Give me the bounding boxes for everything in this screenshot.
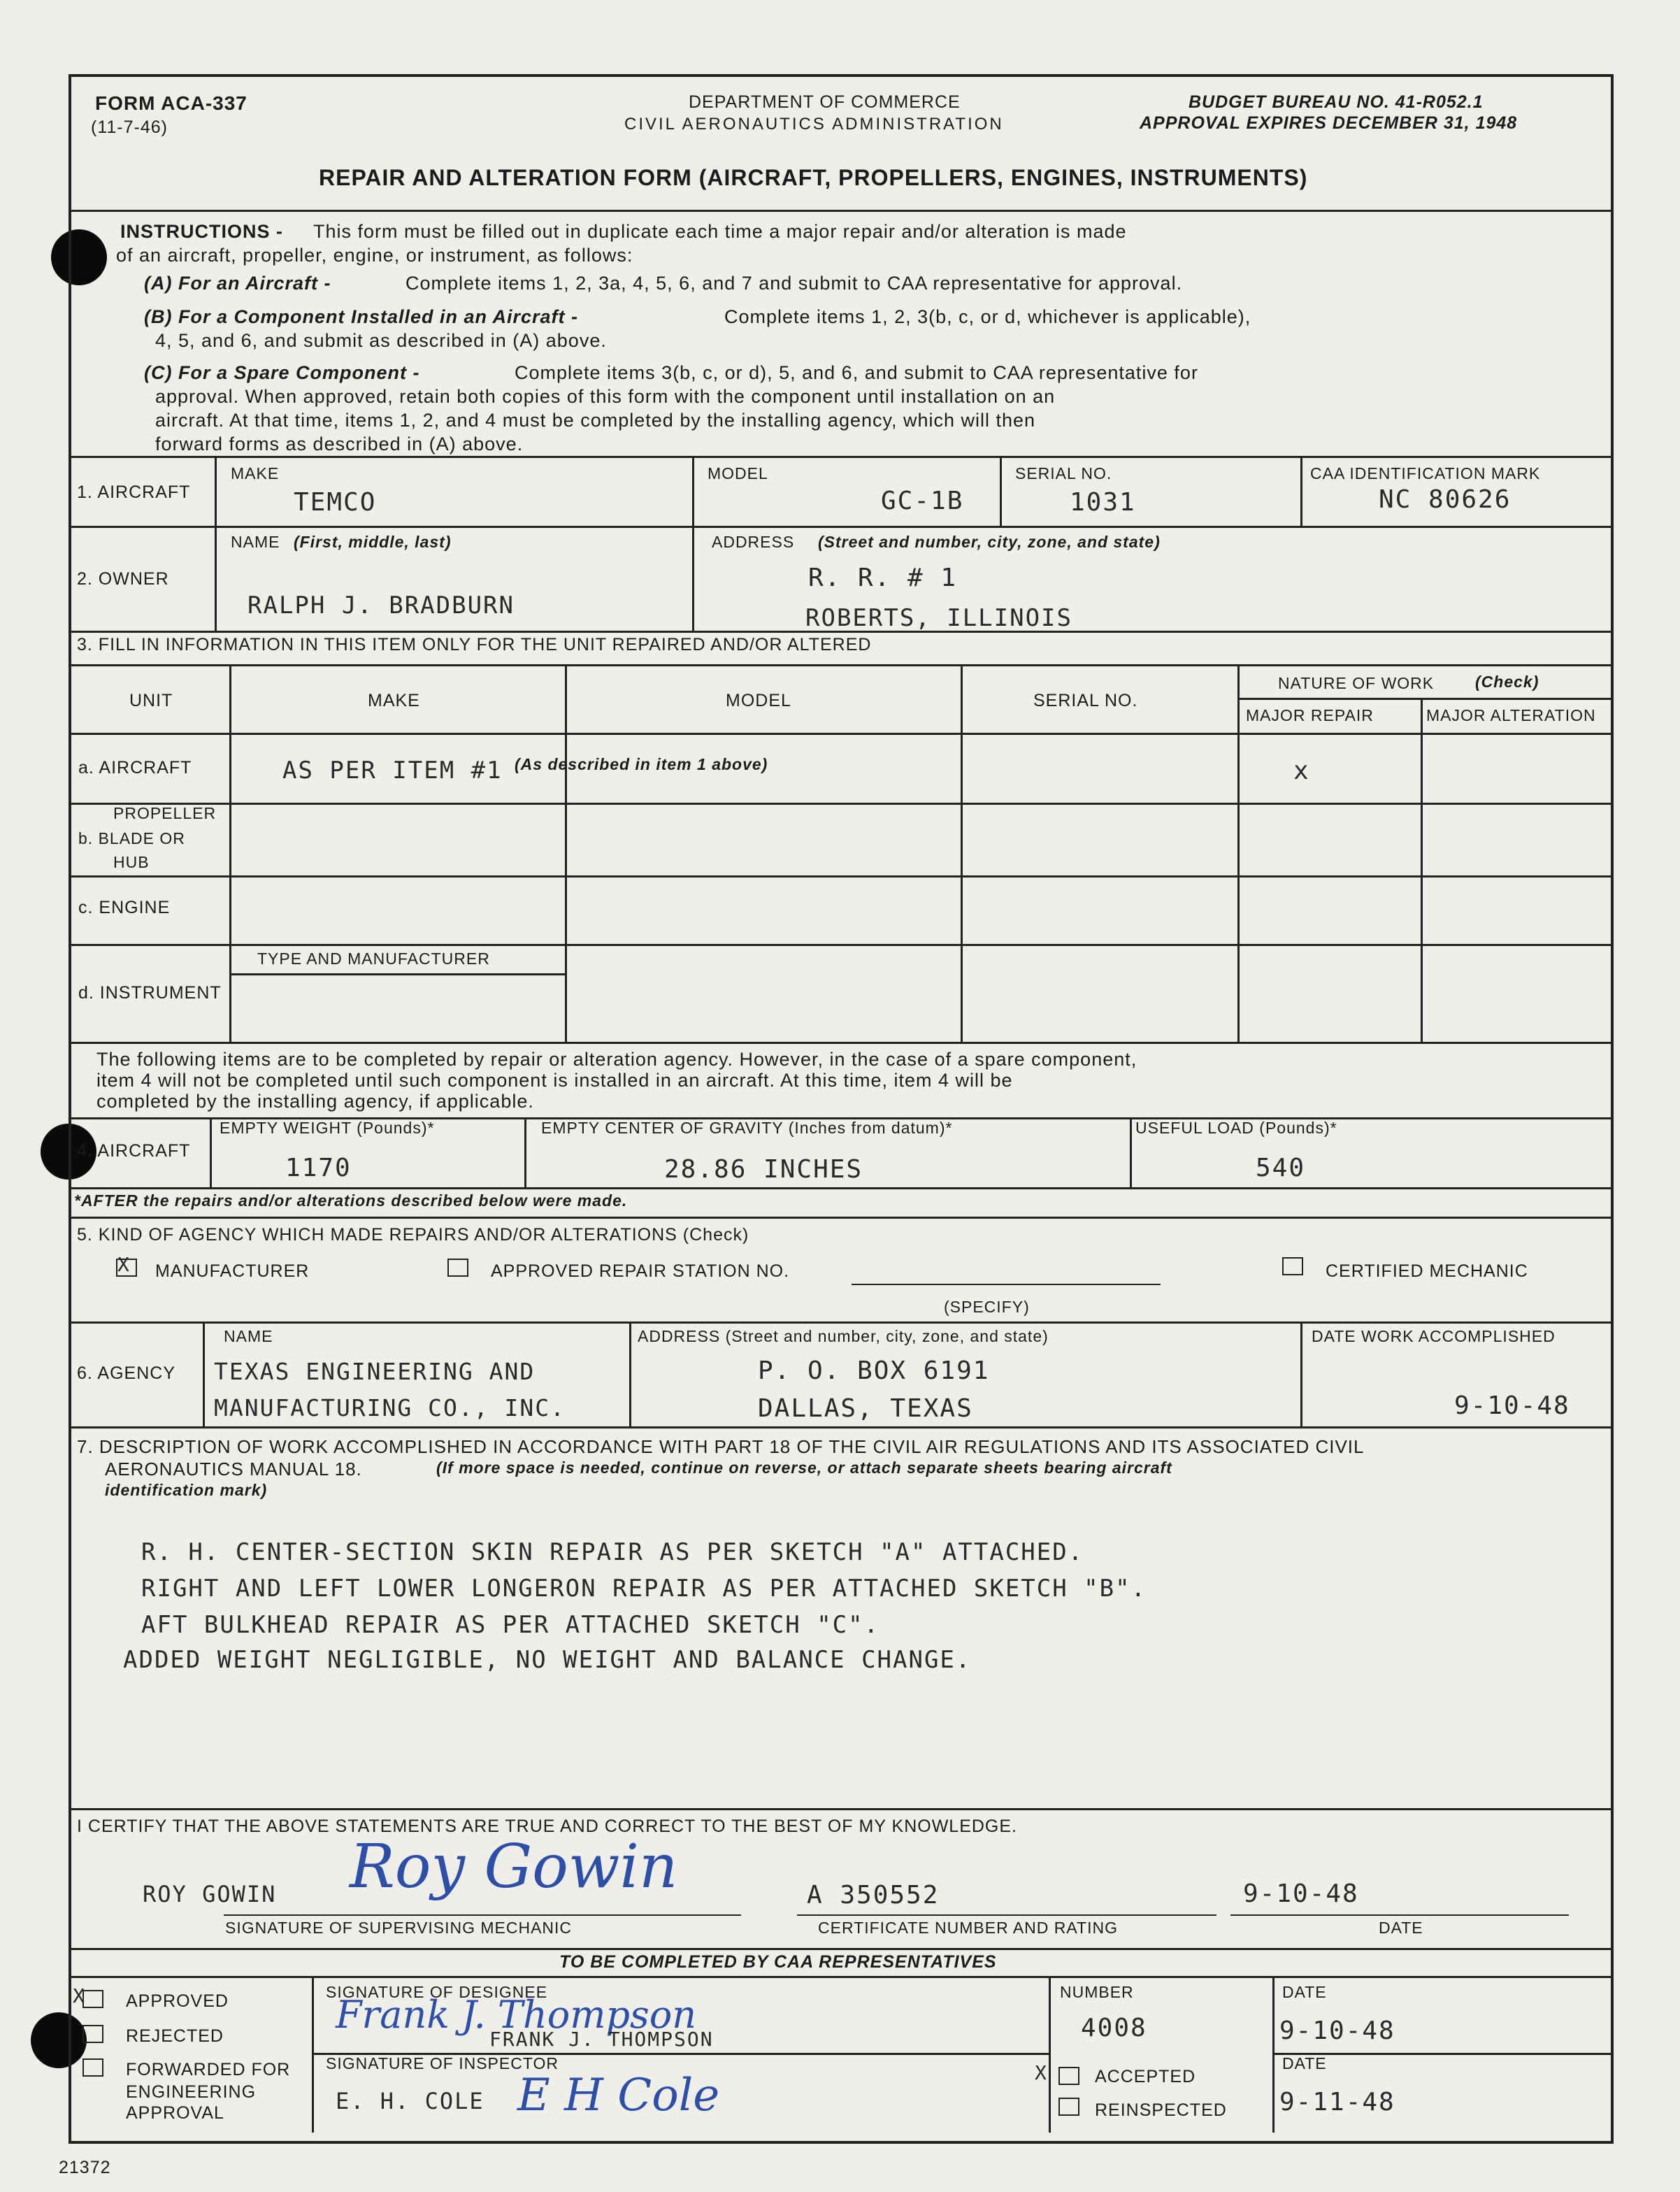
item7-hint: (If more space is needed, continue on re… [436,1459,1172,1477]
item7-label: AERONAUTICS MANUAL 18. [105,1459,362,1480]
repair-station-option: APPROVED REPAIR STATION NO. [491,1261,789,1282]
owner-name-label: NAME [231,533,280,552]
certification-date: 9-10-48 [1243,1879,1359,1908]
document-number: 21372 [59,2158,111,2178]
owner-address-hint: (Street and number, city, zone, and stat… [818,533,1161,552]
aircraft-make: TEMCO [294,488,376,517]
col-serial: SERIAL NO. [1033,691,1137,711]
certified-mechanic-option: CERTIFIED MECHANIC [1326,1261,1528,1282]
agency-name-label: NAME [224,1327,273,1346]
col-unit: UNIT [129,691,173,711]
approval-date: 9-10-48 [1279,2017,1395,2045]
agency-name-line2: MANUFACTURING CO., INC. [214,1394,566,1421]
empty-center-of-gravity: 28.86 INCHES [664,1155,863,1184]
cg-label: EMPTY CENTER OF GRAVITY (Inches from dat… [541,1119,952,1138]
forwarded-option: FORWARDED FOR [126,2060,290,2080]
inspector-name: E. H. COLE [336,2088,484,2114]
work-description-line: RIGHT AND LEFT LOWER LONGERON REPAIR AS … [141,1575,1147,1603]
mechanic-name: ROY GOWIN [143,1881,276,1907]
item1-label: 1. AIRCRAFT [77,482,190,503]
agency-note: The following items are to be completed … [96,1049,1137,1070]
date-label: DATE [1282,1983,1327,2002]
col-nature-of-work: NATURE OF WORK [1278,674,1434,693]
model-label: MODEL [708,464,768,483]
col-major-repair: MAJOR REPAIR [1246,706,1374,725]
designee-number: 4008 [1081,2014,1147,2042]
unit-aircraft-make: AS PER ITEM #1 [282,757,503,785]
instruction-b-text: Complete items 1, 2, 3(b, c, or d, which… [724,306,1251,328]
aircraft-model: GC-1B [881,487,963,515]
empty-weight: 1170 [285,1154,352,1182]
work-description-line: R. H. CENTER-SECTION SKIN REPAIR AS PER … [141,1538,1084,1566]
date-label: DATE [1282,2054,1327,2073]
date-work-label: DATE WORK ACCOMPLISHED [1312,1327,1556,1346]
manufacturer-option: MANUFACTURER [155,1261,309,1282]
certified-mechanic-checkbox[interactable] [1282,1257,1303,1275]
reinspected-option: REINSPECTED [1095,2100,1227,2121]
instructions-text: This form must be filled out in duplicat… [313,221,1127,243]
instruction-c-text: aircraft. At that time, items 1, 2, and … [155,410,1035,431]
make-label: MAKE [231,464,279,483]
instruction-c-text: Complete items 3(b, c, or d), 5, and 6, … [515,362,1198,384]
owner-address-line2: ROBERTS, ILLINOIS [805,604,1072,632]
forwarded-option: ENGINEERING [126,2082,256,2103]
rejected-checkbox[interactable] [82,2025,103,2043]
instruction-b-text: 4, 5, and 6, and submit as described in … [155,330,607,352]
item6-label: 6. AGENCY [77,1363,175,1384]
instruction-b-label: (B) For a Component Installed in an Airc… [144,306,578,328]
form-number: FORM ACA-337 [95,92,247,115]
designee-name: FRANK J. THOMPSON [489,2028,714,2051]
manufacturer-check-mark: X [117,1253,131,1276]
approval-expires: APPROVAL EXPIRES DECEMBER 31, 1948 [1140,113,1517,134]
aircraft-serial: 1031 [1070,488,1136,517]
accepted-checkbox[interactable] [1058,2067,1079,2085]
work-description-line: ADDED WEIGHT NEGLIGIBLE, NO WEIGHT AND B… [123,1646,971,1674]
forwarded-option: APPROVAL [126,2103,224,2123]
type-manufacturer-label: TYPE AND MANUFACTURER [257,950,490,968]
col-major-alteration: MAJOR ALTERATION [1426,706,1596,725]
reinspected-checkbox[interactable] [1058,2098,1079,2116]
agency-address-line1: P. O. BOX 6191 [758,1356,989,1385]
agency-name-line1: TEXAS ENGINEERING AND [214,1358,535,1385]
empty-weight-label: EMPTY WEIGHT (Pounds)* [220,1119,434,1138]
signature-label: SIGNATURE OF SUPERVISING MECHANIC [225,1919,572,1937]
caa-identification-mark: NC 80626 [1379,485,1511,514]
unit-engine: c. ENGINE [78,898,170,918]
repair-station-checkbox[interactable] [447,1259,468,1277]
item7-label: 7. DESCRIPTION OF WORK ACCOMPLISHED IN A… [77,1436,1364,1458]
administration-name: CIVIL AERONAUTICS ADMINISTRATION [624,115,1004,134]
instruction-a-label: (A) For an Aircraft - [144,273,331,294]
unit-aircraft-hint: (As described in item 1 above) [515,755,768,774]
caa-heading: TO BE COMPLETED BY CAA REPRESENTATIVES [559,1952,997,1972]
owner-address-label: ADDRESS [712,533,794,552]
approved-option: APPROVED [126,1991,229,2012]
mechanic-signature: Roy Gowin [350,1832,677,1902]
number-label: NUMBER [1060,1983,1134,2002]
inspector-signature: E H Cole [517,2070,719,2121]
major-repair-check: x [1293,757,1310,785]
unit-propeller: PROPELLER [113,804,216,823]
budget-bureau: BUDGET BUREAU NO. 41-R052.1 [1189,92,1484,113]
unit-propeller: b. BLADE OR [78,829,185,848]
item5-label: 5. KIND OF AGENCY WHICH MADE REPAIRS AND… [77,1225,749,1245]
department-name: DEPARTMENT OF COMMERCE [689,92,961,113]
owner-name-hint: (First, middle, last) [294,533,451,552]
specify-label: (SPECIFY) [944,1298,1030,1317]
agency-note: completed by the installing agency, if a… [96,1091,534,1112]
date-work-accomplished: 9-10-48 [1454,1391,1570,1420]
work-description-line: AFT BULKHEAD REPAIR AS PER ATTACHED SKET… [141,1611,880,1639]
caa-mark-label: CAA IDENTIFICATION MARK [1310,464,1540,483]
serial-label: SERIAL NO. [1015,464,1112,483]
useful-load: 540 [1256,1154,1305,1182]
owner-name: RALPH J. BRADBURN [247,592,515,619]
owner-address-line1: R. R. # 1 [808,564,957,592]
form-page: FORM ACA-337 (11-7-46) DEPARTMENT OF COM… [0,0,1680,2192]
instruction-c-text: forward forms as described in (A) above. [155,434,523,455]
instruction-a-text: Complete items 1, 2, 3a, 4, 5, 6, and 7 … [405,273,1182,294]
col-make: MAKE [368,691,420,711]
col-model: MODEL [726,691,791,711]
date-label: DATE [1379,1919,1423,1937]
unit-instrument: d. INSTRUMENT [78,983,222,1003]
instruction-c-text: approval. When approved, retain both cop… [155,386,1055,408]
form-title: REPAIR AND ALTERATION FORM (AIRCRAFT, PR… [319,165,1307,191]
certificate-label: CERTIFICATE NUMBER AND RATING [818,1919,1118,1937]
item4-label: 4. AIRCRAFT [77,1141,190,1161]
forwarded-checkbox[interactable] [82,2058,103,2077]
form-date: (11-7-46) [91,117,168,138]
agency-note: item 4 will not be completed until such … [96,1070,1013,1091]
item4-footnote: *AFTER the repairs and/or alterations de… [74,1191,627,1210]
unit-aircraft: a. AIRCRAFT [78,758,192,778]
accepted-option: ACCEPTED [1095,2067,1196,2087]
item3-label: 3. FILL IN INFORMATION IN THIS ITEM ONLY… [77,635,871,655]
instructions-lead: INSTRUCTIONS - [120,221,283,243]
rejected-option: REJECTED [126,2026,224,2047]
unit-propeller: HUB [113,853,150,872]
nature-hint: (Check) [1475,673,1539,692]
instruction-c-label: (C) For a Spare Component - [144,362,420,384]
inspection-date: 9-11-48 [1279,2088,1395,2116]
accepted-check-mark: X [1035,2061,1048,2084]
instructions-text: of an aircraft, propeller, engine, or in… [116,245,633,266]
approved-check-mark: X [73,1984,86,2007]
agency-address-label: ADDRESS (Street and number, city, zone, … [638,1327,1049,1346]
agency-address-line2: DALLAS, TEXAS [758,1394,973,1423]
certificate-number: A 350552 [807,1881,939,1910]
useful-load-label: USEFUL LOAD (Pounds)* [1135,1119,1337,1138]
item7-hint: identification mark) [105,1481,267,1500]
item2-label: 2. OWNER [77,569,169,589]
